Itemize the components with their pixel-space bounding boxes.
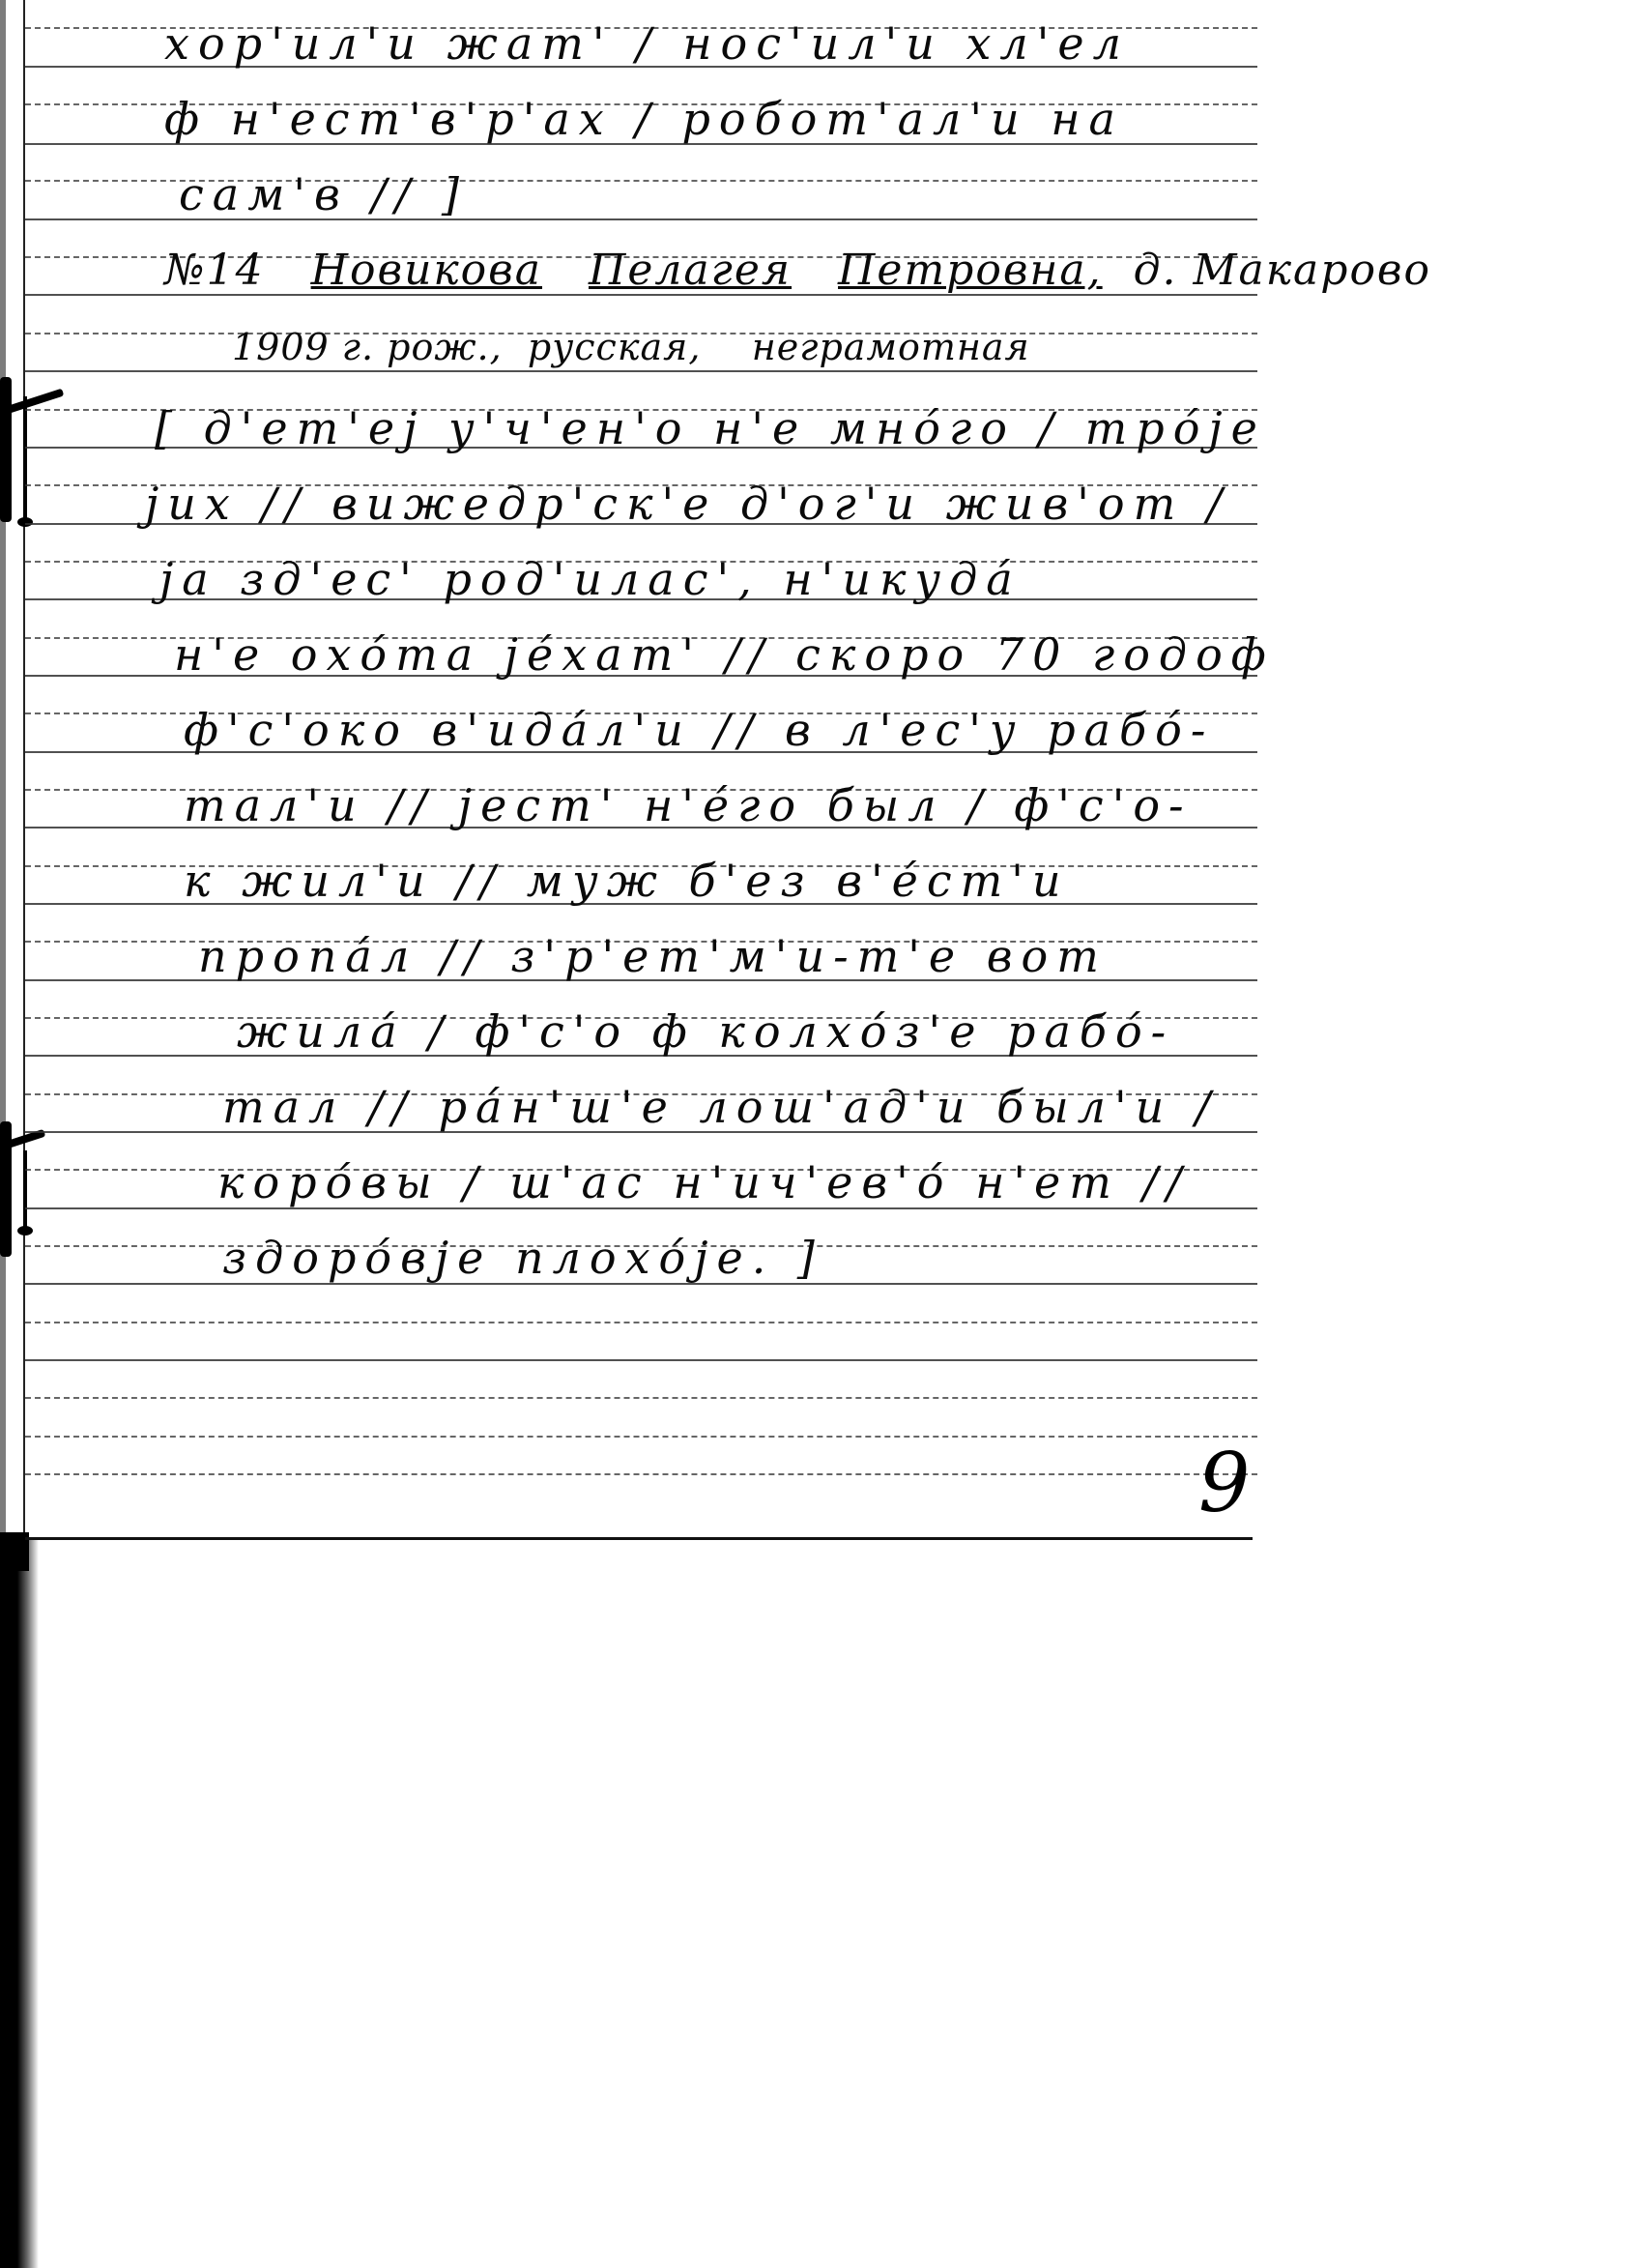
text-line: jих // вижедр'ск'е д'ог'и жив'от / bbox=[145, 481, 1230, 526]
text-line: н'е охо́та jéхат' // скоро 70 годоф bbox=[174, 632, 1275, 677]
bottom-rule bbox=[25, 1537, 1253, 1540]
informant-village: д. Макарово bbox=[1134, 246, 1431, 295]
scan-edge bbox=[0, 0, 6, 1547]
informant-given-name: Пелагея bbox=[589, 246, 792, 295]
text-line: тал // ра́н'ш'е лош'ад'и был'и / bbox=[222, 1085, 1219, 1129]
text-line: к жил'и // муж б'ез в'éст'и bbox=[184, 858, 1070, 903]
ruled-lines bbox=[25, 0, 1257, 1547]
text-line: сам'в // ] bbox=[179, 172, 468, 217]
literacy: неграмотная bbox=[752, 326, 1030, 368]
text-line: жила́ / ф'с'о ф колхо́з'е рабó- bbox=[237, 1009, 1174, 1054]
text-line: jа зд'ес' род'илас', н'икуда́ bbox=[159, 557, 1022, 601]
text-line: пропа́л // з'р'ет'м'и-т'е вот bbox=[198, 934, 1108, 978]
birth-year: 1909 г. рож., bbox=[232, 326, 503, 368]
text-line: хор'ил'и жат' / нос'ил'и хл'ел bbox=[164, 21, 1130, 66]
informant-surname: Новикова bbox=[311, 246, 542, 295]
page-number: 9 bbox=[1198, 1442, 1250, 1524]
notebook-page: хор'ил'и жат' / нос'ил'и хл'ел ф н'ест'в… bbox=[0, 0, 1643, 2268]
text-line: ф н'ест'в'р'ах / робот'ал'и на bbox=[164, 97, 1124, 141]
text-line: коро́вы / ш'ас н'ич'ев'о́ н'ет // bbox=[217, 1160, 1191, 1205]
entry-number: №14 bbox=[164, 246, 265, 295]
text-line: здоро́вjе плохо́jе. ] bbox=[222, 1236, 823, 1280]
informant-meta: 1909 г. рож., русская, неграмотная bbox=[232, 329, 1030, 365]
scan-shadow bbox=[0, 1537, 39, 2268]
nationality: русская, bbox=[528, 326, 702, 368]
informant-header: №14 Новикова Пелагея Петровна, д. Макаро… bbox=[164, 249, 1431, 292]
text-line: тал'и // jест' н'е́го был / ф'с'о- bbox=[184, 783, 1193, 828]
text-line: [ д'ет'еj у'ч'ен'о н'е мно́го / трójе bbox=[155, 406, 1266, 451]
text-line: ф'с'око в'ида́л'и // в л'ес'у рабó- bbox=[184, 708, 1214, 752]
informant-patronymic: Петровна, bbox=[838, 246, 1103, 295]
